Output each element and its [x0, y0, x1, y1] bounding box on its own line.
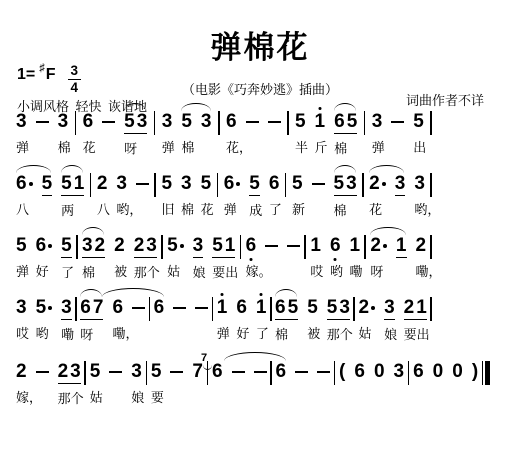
note-digit: 1 — [217, 298, 228, 317]
note-digit: 5 — [124, 112, 135, 131]
measure: 3弹5出 — [372, 112, 424, 156]
note-cluster: 1 — [396, 236, 407, 258]
beat-group: 3棉 — [181, 174, 192, 218]
final-barline — [482, 362, 490, 385]
note-row — [232, 362, 245, 375]
note-cluster — [36, 112, 49, 125]
note-row: 1 — [256, 298, 267, 319]
note-cluster: 5姑 — [167, 236, 184, 280]
note-row: 6 — [413, 362, 424, 383]
measure: (603 — [339, 362, 404, 383]
duration-dash — [246, 121, 259, 123]
beat-group — [195, 298, 208, 311]
beat-group — [391, 112, 404, 125]
measure: 5姑3娘51要出 — [167, 236, 235, 281]
note-row: 1 — [350, 236, 361, 257]
barline — [218, 111, 220, 135]
beat-group: 6 — [154, 298, 165, 319]
measure: 2呀12嘞， — [370, 236, 426, 280]
note-row: 5 — [16, 236, 27, 257]
note-row: 2 — [97, 174, 108, 195]
note-row: 3 — [395, 174, 406, 196]
measure: 6 — [154, 298, 209, 319]
note-cluster: 7 — [192, 362, 203, 383]
note-row: 5 — [36, 298, 53, 319]
note-cluster: 2被 — [114, 236, 125, 280]
note-cluster: 6八 — [16, 174, 33, 218]
measure: 1哎6哟1嘞 — [310, 236, 360, 280]
beat-group — [36, 112, 49, 125]
note-row: 53 — [334, 174, 357, 196]
note-row — [246, 112, 259, 125]
note-cluster — [268, 112, 281, 125]
note-row — [195, 298, 208, 311]
note-cluster: 65棉 — [275, 298, 298, 343]
note-row: 5 — [167, 236, 184, 257]
note-digit: 6 — [246, 236, 257, 255]
note-digit: 1 — [416, 298, 427, 317]
sheet-music-page: { "header": { "title": "弹棉花", "key_prefi… — [0, 0, 520, 451]
note-digit: 6 — [83, 112, 94, 131]
note-digit: 6 — [269, 174, 280, 193]
note-digit: 1 — [256, 298, 267, 317]
note-cluster: 6弹 — [224, 174, 241, 218]
note-digit: 6 — [226, 112, 237, 131]
note-cluster: 65棉 — [334, 112, 357, 157]
measure: 2花33哟， — [369, 174, 425, 218]
note-row: ) — [472, 362, 478, 383]
note-digit: 6 — [224, 174, 235, 193]
note-row: 6 — [226, 112, 237, 133]
beat-group: 6好 — [236, 298, 247, 342]
note-cluster: 1弹 — [217, 298, 228, 342]
note-row — [136, 174, 149, 187]
beat-group: 6花 — [83, 112, 94, 156]
beat-group: 51两 — [61, 174, 84, 219]
note-cluster: 5新 — [292, 174, 303, 218]
note-row: 0 — [452, 362, 463, 383]
note-row: 1 — [396, 236, 407, 258]
slur-arc — [61, 165, 83, 173]
note-cluster — [102, 112, 115, 125]
note-row: 6 — [112, 298, 123, 319]
note-digit: 5 — [327, 298, 338, 317]
barline — [364, 111, 366, 135]
slur-arc — [275, 289, 297, 297]
note-cluster: 3弹 — [372, 112, 383, 156]
final-barline-thick — [485, 361, 490, 385]
measure: 76 — [212, 362, 267, 383]
note-digit: 3 — [384, 298, 395, 317]
rest-zero: 0 — [374, 362, 385, 381]
duration-dash — [195, 307, 208, 309]
note-row: 5 — [413, 112, 424, 133]
note-cluster: 5要 — [151, 362, 162, 406]
note-digit: 5 — [292, 174, 303, 193]
note-digit: 3 — [146, 236, 157, 255]
note-row — [102, 112, 115, 125]
measure: 600) — [413, 362, 478, 383]
note-cluster: 2嘞， — [416, 236, 427, 280]
grace-note: 7 — [201, 353, 207, 364]
barline — [353, 297, 355, 321]
note-row: 5 — [181, 112, 192, 133]
note-row — [254, 362, 267, 375]
beat-group: 5出 — [413, 112, 424, 156]
note-row: 3 — [116, 174, 127, 195]
note-row: 3 — [16, 112, 27, 133]
note-cluster: 1了 — [256, 298, 267, 342]
duration-dash — [232, 371, 245, 373]
sharp-icon: ♯ — [39, 62, 45, 74]
note-cluster: 3 — [395, 174, 406, 196]
beat-group: 2被 — [114, 236, 125, 280]
note-digit: 1 — [74, 174, 85, 193]
barline — [287, 111, 289, 135]
composer-credit: 词曲作者不详 — [406, 90, 484, 109]
note-row: 2 — [114, 236, 125, 257]
note-row: 2 — [358, 298, 375, 319]
measure: 5弹6好5了 — [16, 236, 72, 281]
note-row: ( — [339, 362, 345, 383]
duration-dash — [317, 371, 330, 373]
duration-dash — [170, 371, 183, 373]
note-digit: 5 — [201, 174, 212, 193]
beat-group: 2姑3娘 — [358, 298, 394, 343]
note-cluster: 3哟， — [116, 174, 127, 218]
note-row — [312, 174, 325, 187]
barline — [75, 111, 77, 135]
measure: 5新53棉 — [292, 174, 357, 219]
note-row: 32 — [82, 236, 105, 258]
note-cluster: 3弹 — [162, 112, 173, 156]
note-row: 51 — [61, 174, 84, 196]
note-digit: 5 — [181, 112, 192, 131]
barline — [304, 235, 306, 259]
grace-slur — [203, 364, 212, 370]
note-digit: 5 — [167, 236, 178, 255]
note-cluster — [312, 174, 325, 187]
beat-group: 3弹 — [16, 112, 27, 156]
note-cluster: 6 — [276, 362, 287, 383]
note-row: 65 — [275, 298, 298, 320]
note-digit: 2 — [369, 174, 380, 193]
note-cluster: 0 — [433, 362, 444, 383]
note-digit: 5 — [61, 236, 72, 255]
note-cluster: 6了 — [269, 174, 280, 218]
note-row: 6 — [269, 174, 280, 195]
note-digit: 1 — [350, 236, 361, 255]
beat-group: 5姑3娘 — [167, 236, 203, 281]
duration-dash — [295, 371, 308, 373]
note-cluster — [170, 362, 183, 375]
beat-group: 3弹 — [162, 112, 173, 156]
measure: 6弹5成6了 — [224, 174, 280, 219]
beat-group — [102, 112, 115, 125]
beat-group — [265, 236, 278, 249]
note-row: 6 — [36, 236, 53, 257]
note-digit: 6 — [330, 236, 341, 255]
note-digit: 2 — [404, 298, 415, 317]
beat-group — [136, 174, 149, 187]
note-digit: 5 — [347, 112, 358, 131]
note-cluster: 76 — [212, 362, 223, 383]
note-cluster: 5花 — [201, 174, 212, 218]
note-cluster — [391, 112, 404, 125]
note-cluster: 5弹 — [16, 236, 27, 280]
augmentation-dot — [48, 306, 52, 310]
note-cluster: 67呀 — [80, 298, 103, 343]
note-row: 53 — [124, 112, 147, 134]
beat-group: 21要出 — [404, 298, 427, 343]
note-cluster: 21要出 — [404, 298, 427, 343]
note-digit: 2 — [114, 236, 125, 255]
beat-group: 3娘 — [131, 362, 142, 406]
beat-group: 6了 — [269, 174, 280, 218]
barline — [76, 235, 78, 259]
note-cluster: 3哟， — [414, 174, 425, 218]
slur-arc — [334, 165, 356, 173]
note-cluster: 5出 — [413, 112, 424, 156]
measure: 2八3哟， — [97, 174, 149, 218]
note-cluster: 32棉 — [82, 236, 105, 281]
measure: 5半1斤65棉 — [295, 112, 357, 157]
note-digit: 6 — [36, 236, 47, 255]
augmentation-dot — [236, 182, 240, 186]
barline — [154, 111, 156, 135]
note-cluster: 2花 — [369, 174, 386, 218]
note-row: 6 — [276, 362, 287, 383]
beat-group: 1斤 — [315, 112, 326, 156]
beat-group: 5旧 — [161, 174, 172, 218]
beat-group: 65棉 — [334, 112, 357, 157]
note-cluster: 53呀 — [124, 112, 147, 157]
beat-group: 5弹 — [16, 236, 27, 280]
barline — [240, 235, 242, 259]
note-digit: 3 — [70, 362, 81, 381]
beat-group — [173, 298, 186, 311]
slur-arc — [370, 227, 405, 235]
note-digit: 2 — [370, 236, 381, 255]
note-digit: 5 — [151, 362, 162, 381]
beat-group: 6花， — [226, 112, 237, 156]
note-row: 5 — [249, 174, 260, 196]
note-cluster: 5成 — [249, 174, 260, 219]
note-row: 1 — [217, 298, 228, 319]
rest-zero: 0 — [452, 362, 463, 381]
note-cluster: 6花， — [226, 112, 237, 156]
note-cluster: 2呀 — [370, 236, 387, 280]
beat-group — [287, 236, 300, 249]
note-row: 5 — [201, 174, 212, 195]
barline — [90, 173, 92, 197]
beat-group: 76 — [212, 362, 223, 383]
barline — [75, 297, 77, 321]
note-digit: 2 — [358, 298, 369, 317]
measure: 65棉5被53那个 — [275, 298, 350, 343]
note-digit: 7 — [192, 362, 203, 381]
measure: 5旧3棉5花 — [161, 174, 211, 218]
note-cluster: 6 — [154, 298, 165, 319]
measure: 3弹5棉3 — [162, 112, 212, 156]
duration-dash — [136, 183, 149, 185]
beat-group: 2嫁， — [16, 362, 27, 406]
note-digit: 3 — [339, 298, 350, 317]
beat-group: 5要 — [151, 362, 162, 406]
note-digit: 5 — [161, 174, 172, 193]
note-cluster: 3娘 — [193, 236, 204, 281]
note-cluster: 23那个 — [134, 236, 157, 281]
tie-arc — [224, 352, 286, 361]
note-row: 3 — [162, 112, 173, 133]
augmentation-dot — [180, 244, 184, 248]
note-digit: 5 — [295, 112, 306, 131]
beat-group: 6八5 — [16, 174, 52, 218]
note-cluster: 6哟 — [330, 236, 341, 280]
note-cluster: 5姑 — [90, 362, 101, 406]
beat-group: 1嘞 — [350, 236, 361, 280]
note-digit: 5 — [16, 236, 27, 255]
system-line-3: 5弹6好5了32棉2被23那个5姑3娘51要出6嫁。1哎6哟1嘞2呀12嘞， — [16, 236, 432, 281]
note-row: 5 — [42, 174, 53, 196]
slur-arc — [16, 165, 51, 173]
note-row: 5 — [292, 174, 303, 195]
time-numerator: 3 — [68, 64, 82, 80]
beat-group: 1了 — [256, 298, 267, 342]
note-cluster — [173, 298, 186, 311]
beat-group: 3哟， — [116, 174, 127, 218]
note-row: 5 — [307, 298, 318, 319]
note-digit: 3 — [346, 174, 357, 193]
slur-arc — [181, 103, 210, 111]
beat-group: 23那个 — [58, 362, 81, 407]
note-digit: 6 — [80, 298, 91, 317]
note-digit: 3 — [131, 362, 142, 381]
note-cluster — [136, 174, 149, 187]
slur-arc — [334, 103, 356, 111]
note-row: 5 — [90, 362, 101, 383]
note-row — [170, 362, 183, 375]
note-row: 0 — [433, 362, 444, 383]
note-digit: 3 — [16, 112, 27, 131]
note-row: 2 — [370, 236, 387, 257]
measure: 6 — [276, 362, 331, 383]
augmentation-dot — [383, 244, 387, 248]
note-row: 6 — [154, 298, 165, 319]
note-cluster: 51两 — [61, 174, 84, 219]
barline — [149, 297, 151, 321]
note-row: 5 — [61, 236, 72, 258]
measure: 3弹3棉 — [16, 112, 68, 156]
note-row: 2 — [16, 362, 27, 383]
duration-dash — [132, 307, 145, 309]
measure: 6花， — [226, 112, 281, 156]
note-row — [173, 298, 186, 311]
beat-group: 0 — [452, 362, 463, 383]
measure: 2嫁，23那个 — [16, 362, 81, 407]
beat-group: 32棉 — [82, 236, 105, 281]
note-row: 1 — [315, 112, 326, 133]
note-cluster: 5 — [42, 174, 53, 196]
beat-group: 2嘞， — [416, 236, 427, 280]
beat-group — [170, 362, 183, 375]
beat-group: 5姑 — [90, 362, 101, 406]
note-cluster: 2八 — [97, 174, 108, 218]
measure: 2姑3娘21要出 — [358, 298, 426, 343]
note-cluster: 3 — [201, 112, 212, 133]
note-row — [265, 236, 278, 249]
duration-dash — [312, 183, 325, 185]
note-row: 65 — [334, 112, 357, 134]
note-digit: 1 — [396, 236, 407, 255]
note-cluster — [195, 298, 208, 311]
note-row: 53 — [327, 298, 350, 320]
beat-group: 5哟3嘞 — [36, 298, 72, 343]
note-digit: 2 — [95, 236, 106, 255]
note-row — [132, 298, 145, 311]
note-digit: 5 — [61, 174, 72, 193]
parenthesis: ( — [339, 362, 345, 381]
barline — [408, 361, 410, 385]
note-digit: 3 — [137, 112, 148, 131]
note-row: 5 — [161, 174, 172, 195]
duration-dash — [102, 121, 115, 123]
barline — [154, 173, 156, 197]
duration-dash — [36, 121, 49, 123]
note-digit: 5 — [413, 112, 424, 131]
beat-group: 0 — [374, 362, 385, 383]
beat-group: 3哟， — [414, 174, 425, 218]
note-digit: 6 — [154, 298, 165, 317]
beat-group: ) — [472, 362, 478, 383]
beat-group — [246, 112, 259, 125]
beat-group: 67呀 — [80, 298, 103, 343]
beat-group — [232, 362, 245, 375]
note-cluster — [265, 236, 278, 249]
barline — [217, 173, 219, 197]
note-row — [317, 362, 330, 375]
note-cluster: 5被 — [307, 298, 318, 342]
barline — [430, 297, 432, 321]
barline — [430, 173, 432, 197]
beat-group: ( — [339, 362, 345, 383]
note-digit: 2 — [97, 174, 108, 193]
note-row: 23 — [134, 236, 157, 258]
note-cluster: 6嫁。 — [246, 236, 257, 280]
note-cluster: 3娘 — [384, 298, 395, 343]
note-row: 3 — [201, 112, 212, 133]
note-row: 3 — [372, 112, 383, 133]
note-cluster: 1哎 — [310, 236, 321, 280]
beat-group: 6弹5成 — [224, 174, 260, 219]
note-row: 21 — [404, 298, 427, 320]
note-cluster — [109, 362, 122, 375]
beat-group — [109, 362, 122, 375]
note-row: 6 — [16, 174, 33, 195]
note-row: 5 — [295, 112, 306, 133]
note-digit: 5 — [42, 174, 53, 193]
note-row — [287, 236, 300, 249]
system-line-2: 6八551两2八3哟，5旧3棉5花6弹5成6了5新53棉2花33哟， — [16, 174, 432, 219]
note-cluster: 3哎 — [16, 298, 27, 342]
note-digit: 5 — [334, 174, 345, 193]
beat-group: 6 — [276, 362, 287, 383]
note-digit: 2 — [58, 362, 69, 381]
note-cluster: ) — [472, 362, 478, 383]
beat-group: 2呀1 — [370, 236, 406, 280]
note-digit: 6 — [413, 362, 424, 381]
note-cluster — [317, 362, 330, 375]
